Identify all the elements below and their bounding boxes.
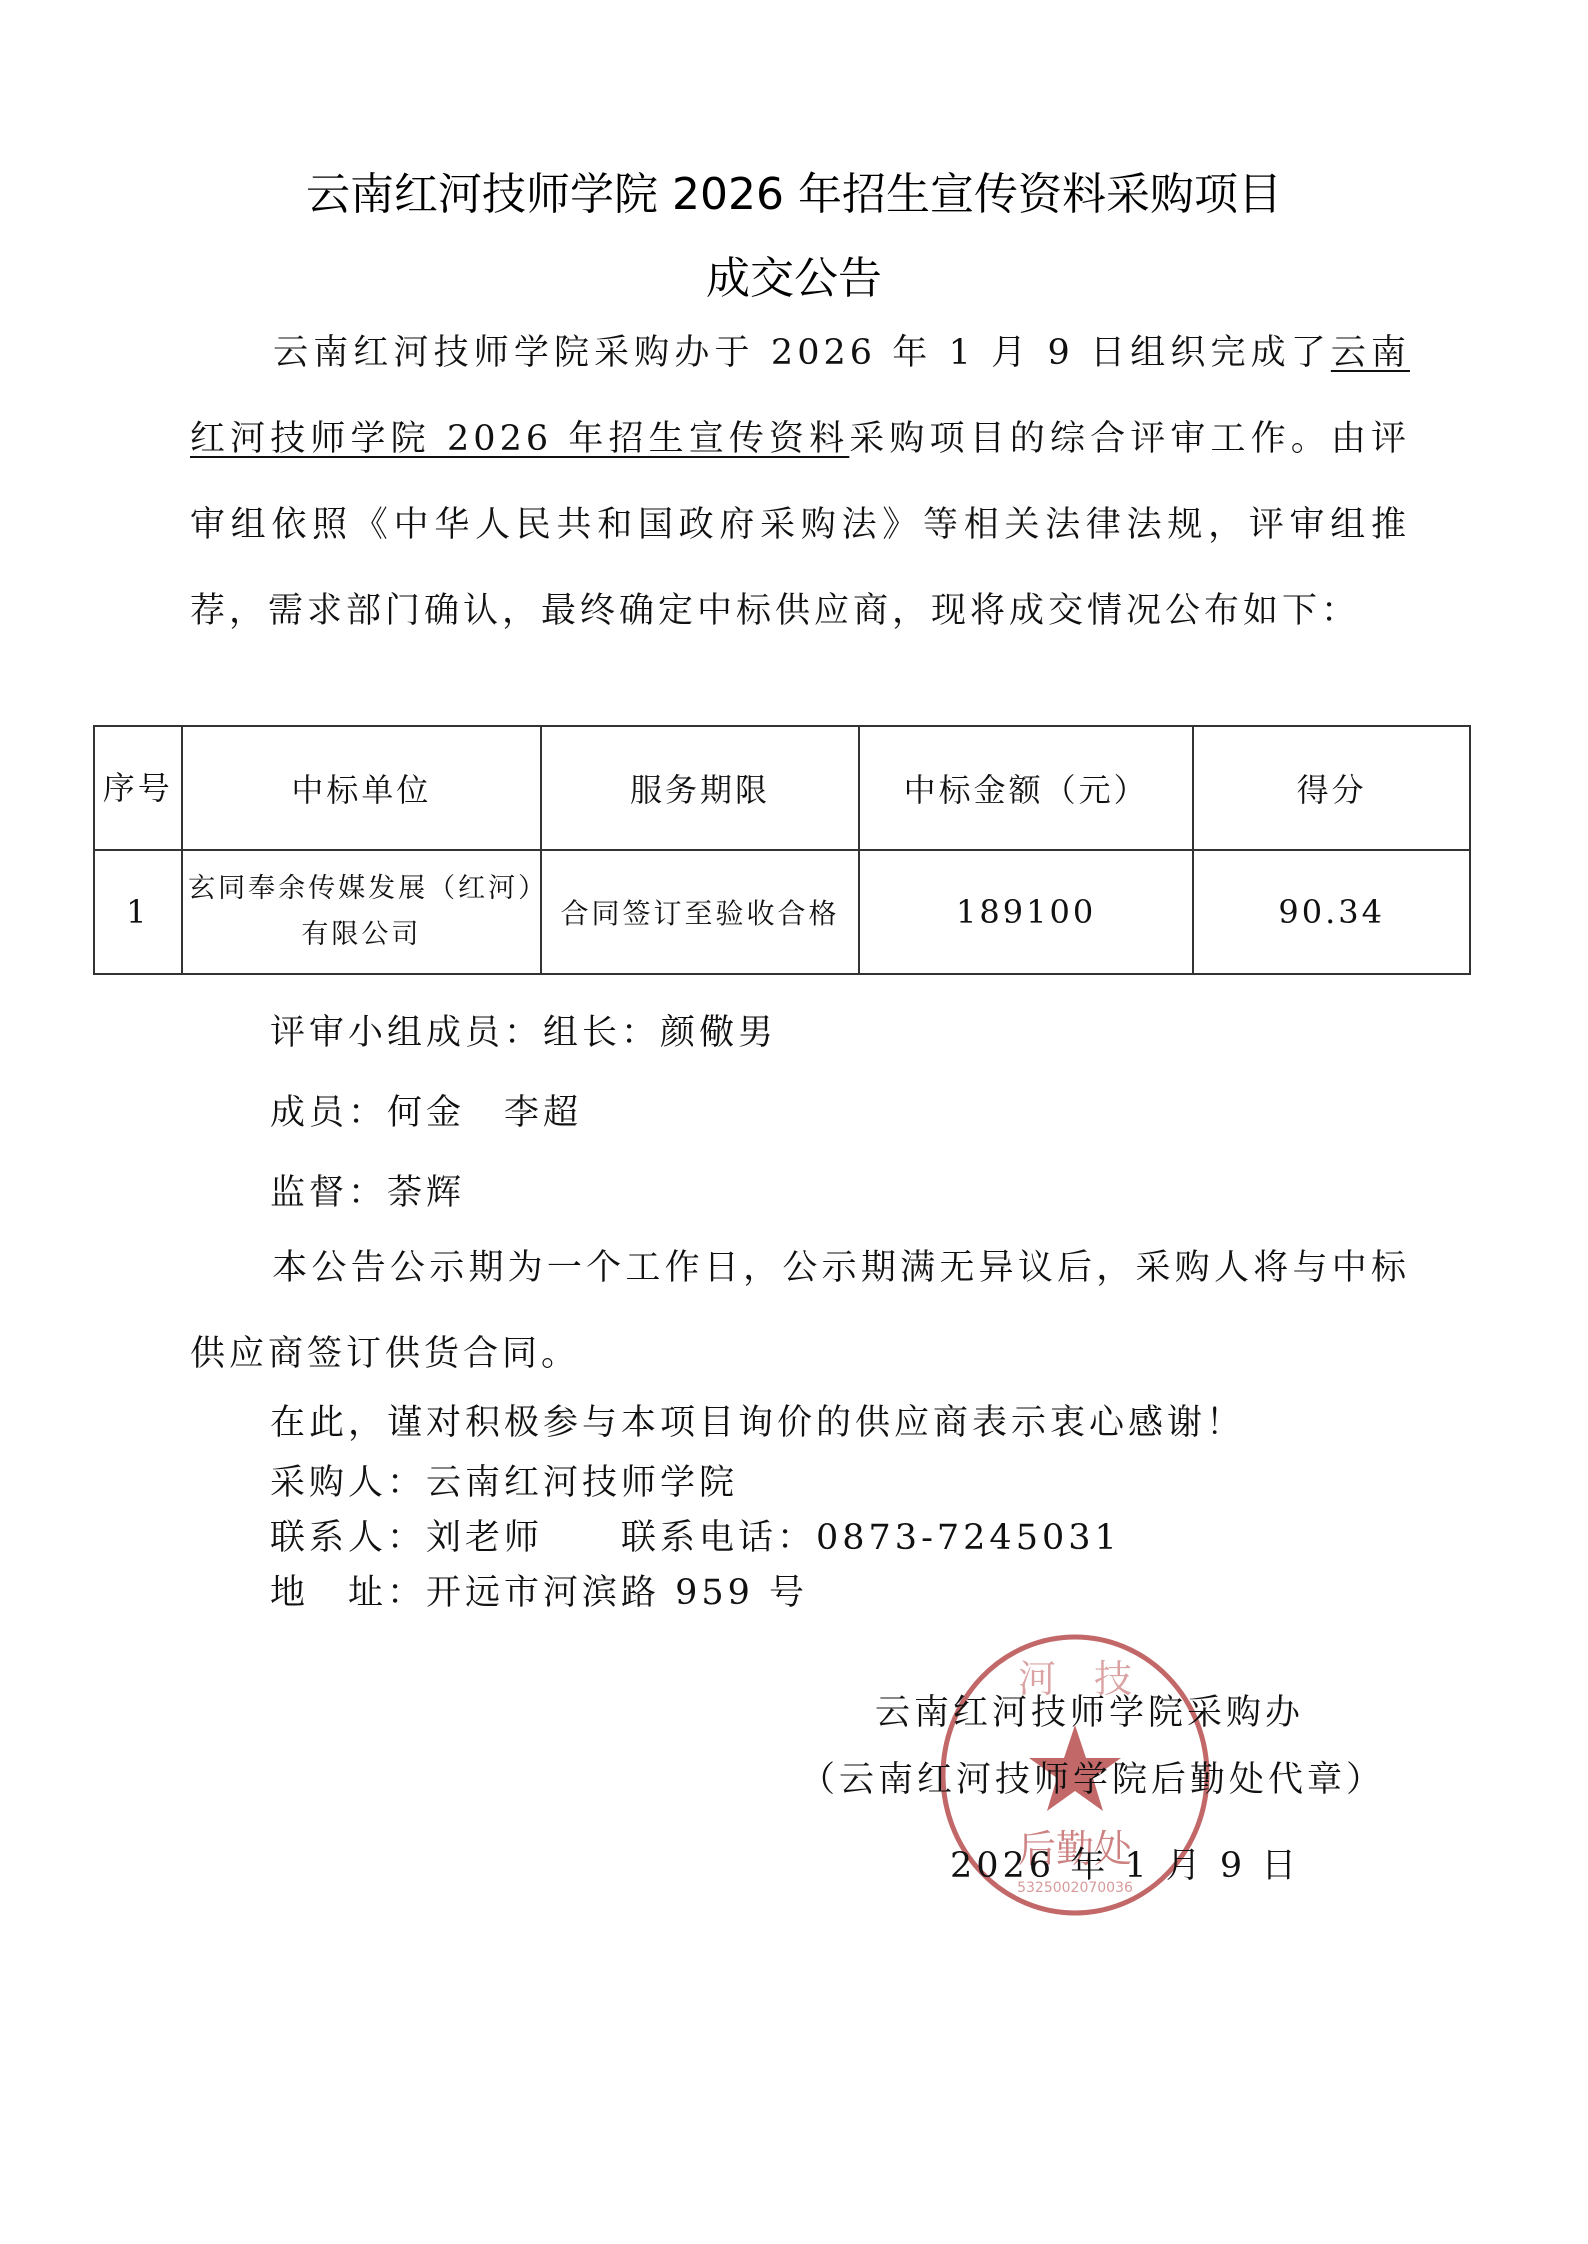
announcement-page: 云南红河技师学院 2026 年招生宣传资料采购项目 成交公告 云南红河技师学院采…: [0, 0, 1588, 2244]
panel-leader: 评审小组成员：组长：颜儆男: [270, 1005, 777, 1055]
cell-score: 90.34: [1193, 850, 1470, 974]
table-row: 1 玄同奉余传媒发展（红河）有限公司 合同签订至验收合格 189100 90.3…: [94, 850, 1470, 974]
panel-members: 成员：何金 李超: [270, 1085, 582, 1135]
cell-amount: 189100: [859, 850, 1193, 974]
cell-company: 玄同奉余传媒发展（红河）有限公司: [182, 850, 542, 974]
cell-service-term: 合同签订至验收合格: [541, 850, 859, 974]
address-line: 地 址：开远市河滨路 959 号: [270, 1565, 808, 1615]
cell-seq: 1: [94, 850, 182, 974]
document-subtitle: 成交公告: [0, 242, 1588, 306]
signature-org: 云南红河技师学院采购办: [875, 1685, 1304, 1735]
header-seq: 序号: [94, 726, 182, 850]
header-service-term: 服务期限: [541, 726, 859, 850]
header-company: 中标单位: [182, 726, 542, 850]
header-score: 得分: [1193, 726, 1470, 850]
intro-text-1: 云南红河技师学院采购办于 2026 年 1 月 9 日组织完成了: [272, 333, 1331, 373]
table-header-row: 序号 中标单位 服务期限 中标金额（元） 得分: [94, 726, 1470, 850]
purchaser-line: 采购人：云南红河技师学院: [270, 1455, 738, 1505]
signature-date: 2026 年 1 月 9 日: [950, 1838, 1300, 1888]
document-title: 云南红河技师学院 2026 年招生宣传资料采购项目: [0, 158, 1588, 222]
notice-paragraph: 本公告公示期为一个工作日，公示期满无异议后，采购人将与中标供应商签订供货合同。: [190, 1225, 1410, 1397]
result-table: 序号 中标单位 服务期限 中标金额（元） 得分 1 玄同奉余传媒发展（红河）有限…: [93, 725, 1471, 975]
header-amount: 中标金额（元）: [859, 726, 1193, 850]
panel-supervisor: 监督：荼辉: [270, 1165, 465, 1215]
intro-paragraph: 云南红河技师学院采购办于 2026 年 1 月 9 日组织完成了云南红河技师学院…: [190, 310, 1410, 654]
notice-text: 本公告公示期为一个工作日，公示期满无异议后，采购人将与中标供应商签订供货合同。: [190, 1248, 1410, 1374]
thanks-line: 在此，谨对积极参与本项目询价的供应商表示衷心感谢！: [270, 1395, 1245, 1445]
signature-seal-note: （云南红河技师学院后勤处代章）: [800, 1752, 1385, 1802]
contact-line: 联系人：刘老师 联系电话：0873-7245031: [270, 1510, 1121, 1560]
